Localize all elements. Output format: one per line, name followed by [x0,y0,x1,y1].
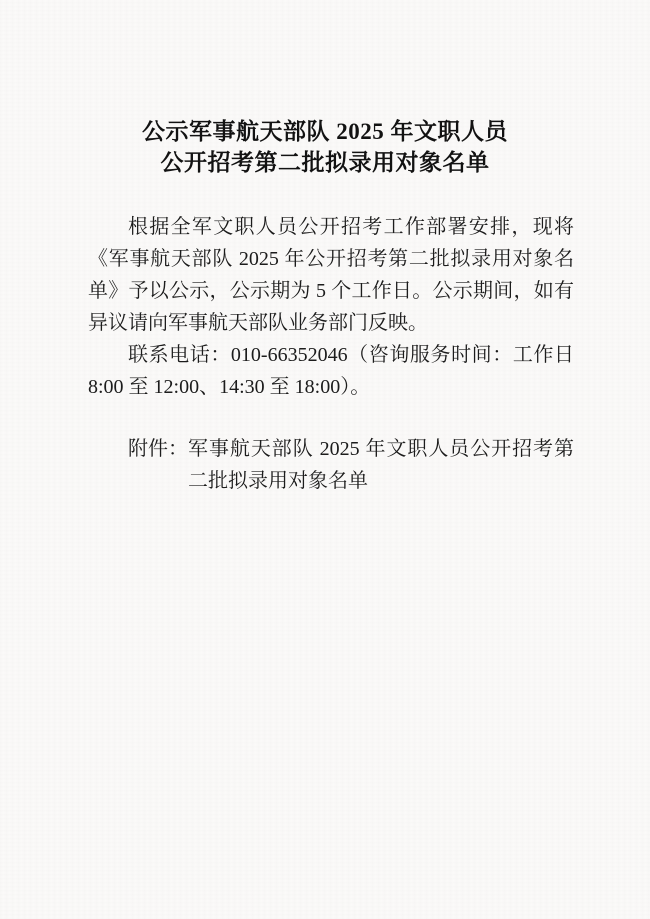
document-body: 根据全军文职人员公开招考工作部署安排，现将《军事航天部队 2025 年公开招考第… [88,211,574,403]
document-page: 公示军事航天部队 2025 年文职人员 公开招考第二批拟录用对象名单 根据全军文… [0,0,650,919]
attachment-label: 附件： [128,433,188,497]
document-title-line1: 公示军事航天部队 2025 年文职人员 [142,119,508,144]
document-title-line2: 公开招考第二批拟录用对象名单 [161,150,490,175]
attachment-title-text: 军事航天部队 2025 年文职人员公开招考第二批拟录用对象名单 [188,433,574,497]
document-title: 公示军事航天部队 2025 年文职人员 公开招考第二批拟录用对象名单 [0,0,650,178]
paragraph-contact-phone: 联系电话：010-66352046（咨询服务时间：工作日 8:00 至 12:0… [88,339,574,403]
paragraph-notice-text: 根据全军文职人员公开招考工作部署安排，现将《军事航天部队 2025 年公开招考第… [88,211,574,339]
attachment-line: 附件： 军事航天部队 2025 年文职人员公开招考第二批拟录用对象名单 [88,433,574,497]
